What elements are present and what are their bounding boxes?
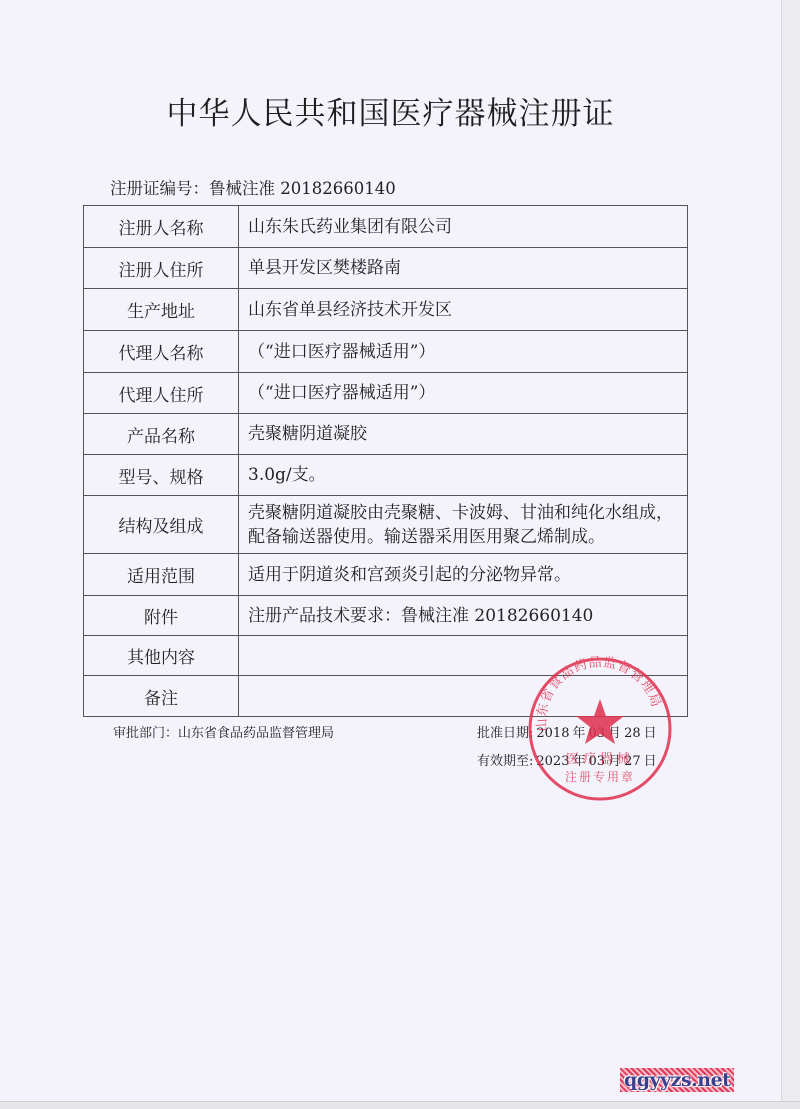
svg-text:注册专用章: 注册专用章 bbox=[565, 769, 635, 784]
month-unit: 月 bbox=[608, 754, 621, 769]
approval-year: 2018 bbox=[536, 726, 569, 741]
row-value: 适用于阴道炎和宫颈炎引起的分泌物异常。 bbox=[239, 554, 688, 596]
row-label: 其他内容 bbox=[84, 636, 239, 676]
valid-until-label: 有效期至: bbox=[477, 754, 533, 769]
row-label: 产品名称 bbox=[84, 414, 239, 455]
row-label: 代理人住所 bbox=[84, 373, 239, 414]
row-value: （“进口医疗器械适用”） bbox=[239, 331, 688, 373]
row-label: 型号、规格 bbox=[84, 455, 239, 496]
table-row: 附件 注册产品技术要求：鲁械注准 20182660140 bbox=[84, 596, 688, 636]
site-watermark: qgyyzs.net bbox=[620, 1068, 734, 1092]
table-row: 适用范围 适用于阴道炎和宫颈炎引起的分泌物异常。 bbox=[84, 554, 688, 596]
valid-day: 27 bbox=[624, 754, 641, 769]
row-value: 壳聚糖阴道凝胶由壳聚糖、卡波姆、甘油和纯化水组成，配备输送器使用。输送器采用医用… bbox=[239, 496, 688, 554]
row-value: 山东省单县经济技术开发区 bbox=[239, 289, 688, 331]
registration-number: 鲁械注准 20182660140 bbox=[209, 179, 396, 198]
approval-department: 审批部门：山东省食品药品监督管理局 bbox=[113, 722, 334, 741]
table-row: 产品名称 壳聚糖阴道凝胶 bbox=[84, 414, 688, 455]
certificate-page: 中华人民共和国医疗器械注册证 注册证编号：鲁械注准 20182660140 注册… bbox=[0, 0, 781, 1101]
row-value: 壳聚糖阴道凝胶 bbox=[239, 414, 688, 455]
row-label: 结构及组成 bbox=[84, 496, 239, 554]
table-row: 型号、规格 3.0g/支。 bbox=[84, 455, 688, 496]
table-row: 备注 bbox=[84, 676, 688, 717]
row-value: 3.0g/支。 bbox=[239, 455, 688, 496]
valid-month: 03 bbox=[589, 754, 606, 769]
table-row: 结构及组成 壳聚糖阴道凝胶由壳聚糖、卡波姆、甘油和纯化水组成，配备输送器使用。输… bbox=[84, 496, 688, 554]
valid-year: 2023 bbox=[536, 754, 569, 769]
day-unit: 日 bbox=[644, 726, 657, 741]
row-label: 适用范围 bbox=[84, 554, 239, 596]
approval-day: 28 bbox=[624, 726, 641, 741]
table-row: 代理人名称 （“进口医疗器械适用”） bbox=[84, 331, 688, 373]
row-value bbox=[239, 676, 688, 717]
approval-date: 批准日期:2018年03月28日 bbox=[477, 722, 657, 741]
table-row: 代理人住所 （“进口医疗器械适用”） bbox=[84, 373, 688, 414]
approval-department-label: 审批部门： bbox=[113, 726, 178, 741]
table-row: 生产地址 山东省单县经济技术开发区 bbox=[84, 289, 688, 331]
table-row: 注册人名称 山东朱氏药业集团有限公司 bbox=[84, 206, 688, 248]
row-value: 注册产品技术要求：鲁械注准 20182660140 bbox=[239, 596, 688, 636]
table-row: 其他内容 bbox=[84, 636, 688, 676]
day-unit: 日 bbox=[644, 754, 657, 769]
approval-date-label: 批准日期: bbox=[477, 726, 533, 741]
year-unit: 年 bbox=[572, 754, 585, 769]
valid-until-date: 有效期至:2023年03月27日 bbox=[477, 750, 657, 769]
row-value: （“进口医疗器械适用”） bbox=[239, 373, 688, 414]
scan-edge-bottom bbox=[0, 1101, 800, 1109]
row-label: 注册人住所 bbox=[84, 248, 239, 289]
approval-month: 03 bbox=[589, 726, 606, 741]
row-label: 注册人名称 bbox=[84, 206, 239, 248]
year-unit: 年 bbox=[572, 726, 585, 741]
row-label: 备注 bbox=[84, 676, 239, 717]
certificate-table: 注册人名称 山东朱氏药业集团有限公司 注册人住所 单县开发区樊楼路南 生产地址 … bbox=[83, 205, 688, 717]
row-value bbox=[239, 636, 688, 676]
row-label: 代理人名称 bbox=[84, 331, 239, 373]
registration-number-line: 注册证编号：鲁械注准 20182660140 bbox=[110, 175, 396, 199]
row-label: 附件 bbox=[84, 596, 239, 636]
approval-department-name: 山东省食品药品监督管理局 bbox=[178, 726, 334, 741]
registration-number-label: 注册证编号： bbox=[110, 179, 209, 198]
document-title: 中华人民共和国医疗器械注册证 bbox=[0, 88, 781, 133]
scan-edge-right bbox=[781, 0, 800, 1109]
row-value: 单县开发区樊楼路南 bbox=[239, 248, 688, 289]
table-row: 注册人住所 单县开发区樊楼路南 bbox=[84, 248, 688, 289]
row-label: 生产地址 bbox=[84, 289, 239, 331]
row-value: 山东朱氏药业集团有限公司 bbox=[239, 206, 688, 248]
month-unit: 月 bbox=[608, 726, 621, 741]
